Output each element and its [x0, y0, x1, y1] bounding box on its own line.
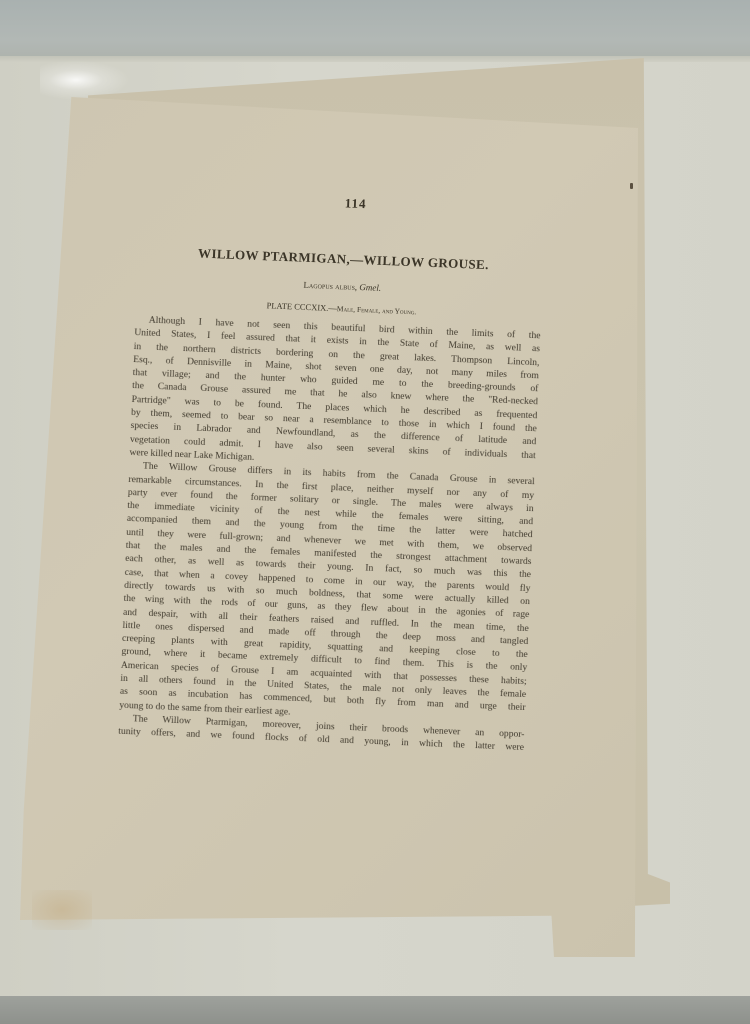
latin-author: Gmel.	[359, 282, 381, 293]
floor-edge	[0, 996, 750, 1024]
printed-page-content: 114 WILLOW PTARMIGAN,—WILLOW GROUSE. Lag…	[104, 187, 546, 755]
paragraph: The Willow Grouse differs in its habits …	[105, 459, 535, 728]
body-text: Although I have not seen this beautiful …	[104, 312, 541, 754]
latin-binomial: Lagopus albus,	[303, 280, 357, 292]
paper-stain	[32, 890, 92, 930]
latin-name: Lagopus albus, Gmel.	[142, 273, 542, 299]
paragraph: Although I have not seen this beautiful …	[115, 312, 541, 475]
paper-mark	[630, 183, 633, 189]
plate-label: PLATE CCCXIX.—	[266, 300, 337, 313]
background-wall	[0, 0, 750, 58]
page-title: WILLOW PTARMIGAN,—WILLOW GROUSE.	[143, 243, 543, 275]
plate-detail: Male, Female, and Young.	[337, 304, 417, 316]
